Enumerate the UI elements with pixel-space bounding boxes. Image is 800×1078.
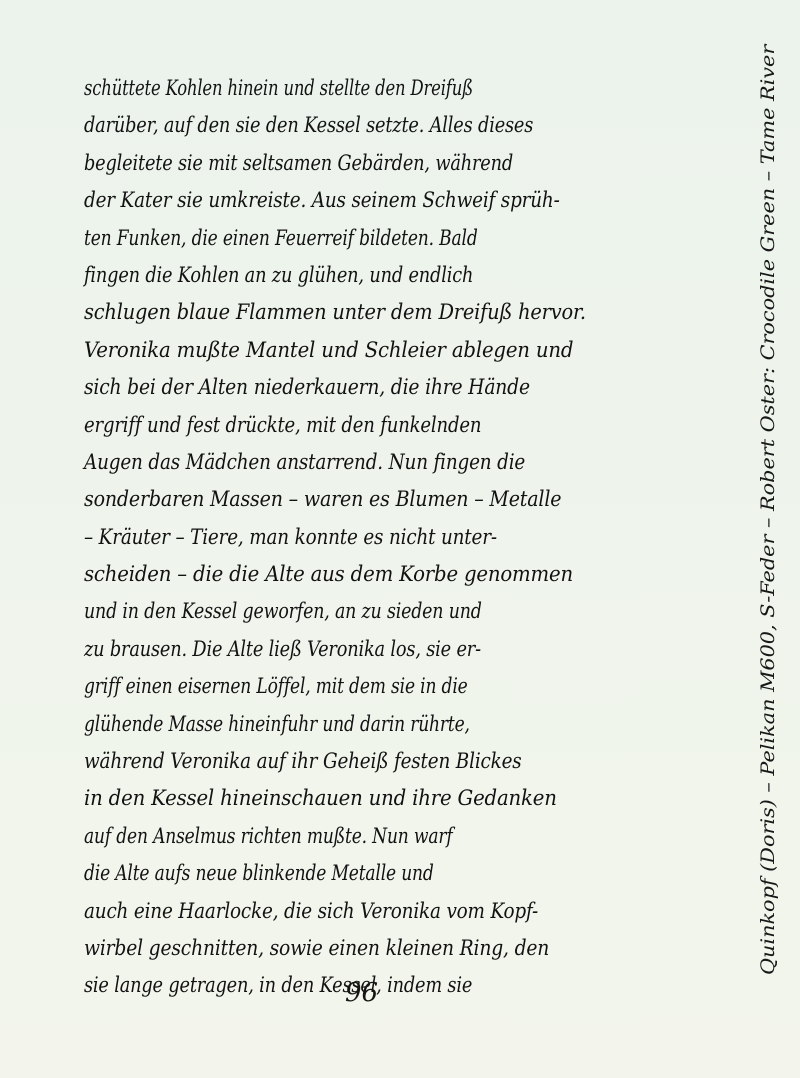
handwritten-line: Augen das Mädchen anstarrend. Nun fingen…	[84, 444, 644, 481]
handwritten-line: sich bei der Alten niederkauern, die ihr…	[84, 369, 654, 406]
handwritten-page: schüttete Kohlen hinein und stellte den …	[0, 0, 800, 1078]
margin-note-pen-ink-info: Quinkopf (Doris) – Pelikan M600, S-Feder…	[757, 45, 779, 975]
handwritten-line: – Kräuter – Tiere, man konnte es nicht u…	[84, 519, 644, 556]
handwritten-line: sonderbaren Massen – waren es Blumen – M…	[84, 481, 664, 518]
handwritten-line: begleitete sie mit seltsamen Gebärden, w…	[84, 145, 624, 182]
handwritten-line: wirbel geschnitten, sowie einen kleinen …	[84, 930, 654, 967]
handwritten-text-block: schüttete Kohlen hinein und stellte den …	[84, 70, 724, 1005]
handwritten-line: zu brausen. Die Alte ließ Veronika los, …	[84, 631, 624, 668]
handwritten-line: griff einen eisernen Löffel, mit dem sie…	[84, 668, 604, 705]
handwritten-line: schüttete Kohlen hinein und stellte den …	[84, 70, 584, 107]
handwritten-line: während Veronika auf ihr Geheiß festen B…	[84, 743, 644, 780]
handwritten-line: auch eine Haarlocke, die sich Veronika v…	[84, 893, 644, 930]
page-number: 96	[345, 978, 378, 1008]
handwritten-line: fingen die Kohlen an zu glühen, und endl…	[84, 257, 624, 294]
handwritten-line: ergriff und fest drückte, mit den funkel…	[84, 407, 634, 444]
handwritten-line: scheiden – die die Alte aus dem Korbe ge…	[84, 556, 684, 593]
handwritten-line: Veronika mußte Mantel und Schleier ableg…	[84, 332, 684, 369]
handwritten-line: und in den Kessel geworfen, an zu sieden…	[84, 593, 614, 630]
handwritten-line: auf den Anselmus richten mußte. Nun warf	[84, 818, 604, 855]
handwritten-line: schlugen blaue Flammen unter dem Dreifuß…	[84, 294, 674, 331]
handwritten-line: die Alte aufs neue blinkende Metalle und	[84, 855, 604, 892]
handwritten-line: der Kater sie umkreiste. Aus seinem Schw…	[84, 182, 644, 219]
handwritten-line: darüber, auf den sie den Kessel setzte. …	[84, 107, 624, 144]
handwritten-line: ten Funken, die einen Feuerreif bildeten…	[84, 220, 604, 257]
handwritten-line: in den Kessel hineinschauen und ihre Ged…	[84, 780, 684, 817]
handwritten-line: glühende Masse hineinfuhr und darin rühr…	[84, 706, 604, 743]
